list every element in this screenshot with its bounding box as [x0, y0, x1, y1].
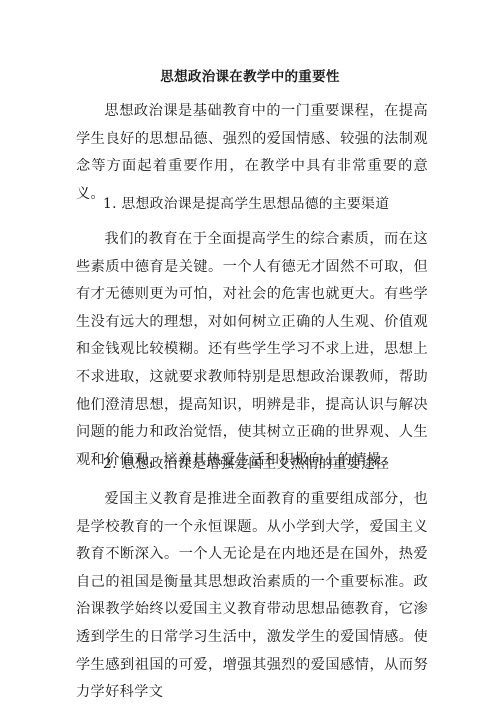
section-2-heading: 2. 思想政治课是增强爱国主义热情的重要途径 [103, 452, 389, 472]
section-2-paragraph: 爱国主义教育是推进全面教育的重要组成部分，也是学校教育的一个永恒课题。从小学到大… [76, 486, 428, 707]
section-1-paragraph: 我们的教育在于全面提高学生的综合素质，而在这些素质中德育是关键。一个人有德无才固… [76, 226, 428, 474]
document-page: 思想政治课在教学中的重要性 思想政治课是基础教育中的一门重要课程，在提高学生良好… [0, 0, 500, 707]
section-1-heading: 1. 思想政治课是提高学生思想品德的主要渠道 [103, 192, 389, 212]
document-title: 思想政治课在教学中的重要性 [0, 65, 500, 85]
